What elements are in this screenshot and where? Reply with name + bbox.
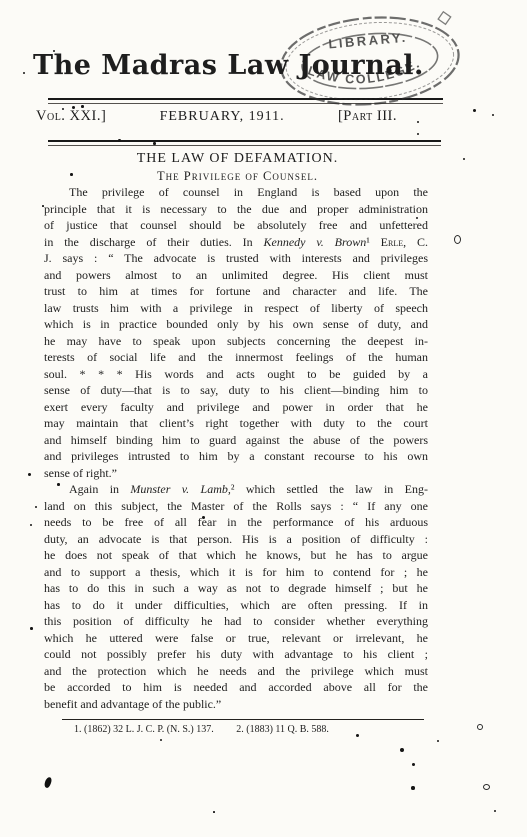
ink-speckle	[213, 811, 215, 813]
issue-volume: Vol. XXI.]	[36, 108, 106, 125]
ink-speckle	[416, 217, 418, 219]
ink-ring	[477, 724, 483, 730]
ink-speckle	[463, 158, 465, 160]
ink-speckle	[118, 139, 121, 142]
ink-speckle	[160, 739, 162, 741]
text-line: has to do it under difficulties, which a…	[44, 597, 428, 614]
text-line: he does not speak of that which he knows…	[44, 547, 428, 564]
text-line: could not possibly prefer his duty with …	[44, 646, 428, 663]
text-line: The privilege of counsel in England is b…	[44, 184, 428, 201]
text-line: and himself binding him to guard against…	[44, 432, 428, 449]
text-line: law trusts him with a privilege in respe…	[44, 300, 428, 317]
ink-ring	[483, 784, 490, 790]
text-line: which is in practice bounded only by his…	[44, 316, 428, 333]
text-line: and to support a thesis, which it is for…	[44, 564, 428, 581]
ink-speckle	[23, 72, 25, 74]
ink-speckle	[30, 524, 32, 526]
ink-speckle	[81, 105, 84, 108]
text-line: and privileges intrusted to him by a con…	[44, 448, 428, 465]
body-text: The privilege of counsel in England is b…	[44, 184, 428, 712]
text-line: duty, an advocate is that person. His is…	[44, 531, 428, 548]
text-line: of justice that counsel should be absolu…	[44, 217, 428, 234]
ink-speckle	[53, 50, 55, 52]
text-line: needs to be free of all fear in the perf…	[44, 514, 428, 531]
ink-speckle	[202, 516, 205, 519]
ink-speckle	[473, 109, 476, 112]
ink-ring	[454, 235, 461, 244]
stamp-text-library: LIBRARY.	[328, 30, 408, 52]
ink-speckle	[153, 142, 156, 145]
text-line: in the discharge of their duties. In Ken…	[44, 234, 428, 251]
text-line: and powers almost to an unlimited degree…	[44, 267, 428, 284]
issue-line: Vol. XXI.] FEBRUARY, 1911. [Part III.	[36, 108, 397, 125]
text-line: this position of difficulty he had to co…	[44, 613, 428, 630]
ink-speckle	[400, 748, 404, 752]
text-line: land on this subject, the Master of the …	[44, 498, 428, 515]
text-line: benefit and advantage of the public.”	[44, 696, 428, 713]
scanned-journal-page: The Madras Law Journal. LIBRARY. LAW COL…	[0, 0, 527, 837]
ink-speckle	[30, 627, 33, 630]
stamp-ornament	[438, 12, 451, 25]
article-subtitle: The Privilege of Counsel.	[45, 169, 430, 184]
text-line: trust to him at times for fortune and ch…	[44, 283, 428, 300]
ink-speckle	[417, 121, 419, 123]
text-line: principle that it is necessary to the du…	[44, 201, 428, 218]
ink-speckle	[412, 763, 415, 766]
ink-speckle	[492, 114, 494, 116]
ink-speckle	[62, 108, 64, 110]
header-rule	[48, 140, 441, 146]
article-title: THE LAW OF DEFAMATION.	[45, 151, 430, 167]
ink-speckle	[42, 205, 44, 207]
ink-speckle	[356, 734, 359, 737]
text-line: exert every faculty and privilege and po…	[44, 399, 428, 416]
ink-speckle	[417, 133, 419, 135]
text-line: soul. * * * His words and acts ought to …	[44, 366, 428, 383]
text-line: has to do this in such a way as not to d…	[44, 580, 428, 597]
footnote-rule	[62, 719, 424, 720]
text-line: sense of right.”	[44, 465, 428, 482]
ink-speckle	[28, 473, 31, 476]
text-line: sense of duty—that is to say, duty to hi…	[44, 382, 428, 399]
text-line: and the protection which he needs and th…	[44, 663, 428, 680]
issue-part: [Part III.	[338, 108, 397, 125]
footnote-2: 2. (1883) 11 Q. B. 588.	[236, 724, 329, 735]
ink-speckle	[437, 740, 439, 742]
ink-speckle	[494, 810, 496, 812]
ink-speckle	[411, 786, 415, 790]
text-line: terests of social life and the innermost…	[44, 349, 428, 366]
text-line: J. says : “ The advocate is trusted with…	[44, 250, 428, 267]
journal-masthead-title: The Madras Law Journal.	[33, 50, 424, 81]
footnote-1: 1. (1862) 32 L. J. C. P. (N. S.) 137.	[74, 724, 214, 735]
text-line: he may have to speak upon subjects conce…	[44, 333, 428, 350]
ink-speckle	[57, 483, 60, 486]
footnotes: 1. (1862) 32 L. J. C. P. (N. S.) 137. 2.…	[74, 724, 454, 735]
issue-date: FEBRUARY, 1911.	[160, 109, 285, 125]
ink-speckle	[35, 506, 37, 508]
text-line: may maintain that client’s right togethe…	[44, 415, 428, 432]
ink-speckle	[70, 173, 73, 176]
text-line: Again in Munster v. Lamb,² which settled…	[44, 481, 428, 498]
text-line: be accorded to him is needed and accorde…	[44, 679, 428, 696]
text-line: which he uttered were false or true, rel…	[44, 630, 428, 647]
ink-speckle	[72, 106, 75, 109]
ink-blob	[43, 776, 52, 788]
